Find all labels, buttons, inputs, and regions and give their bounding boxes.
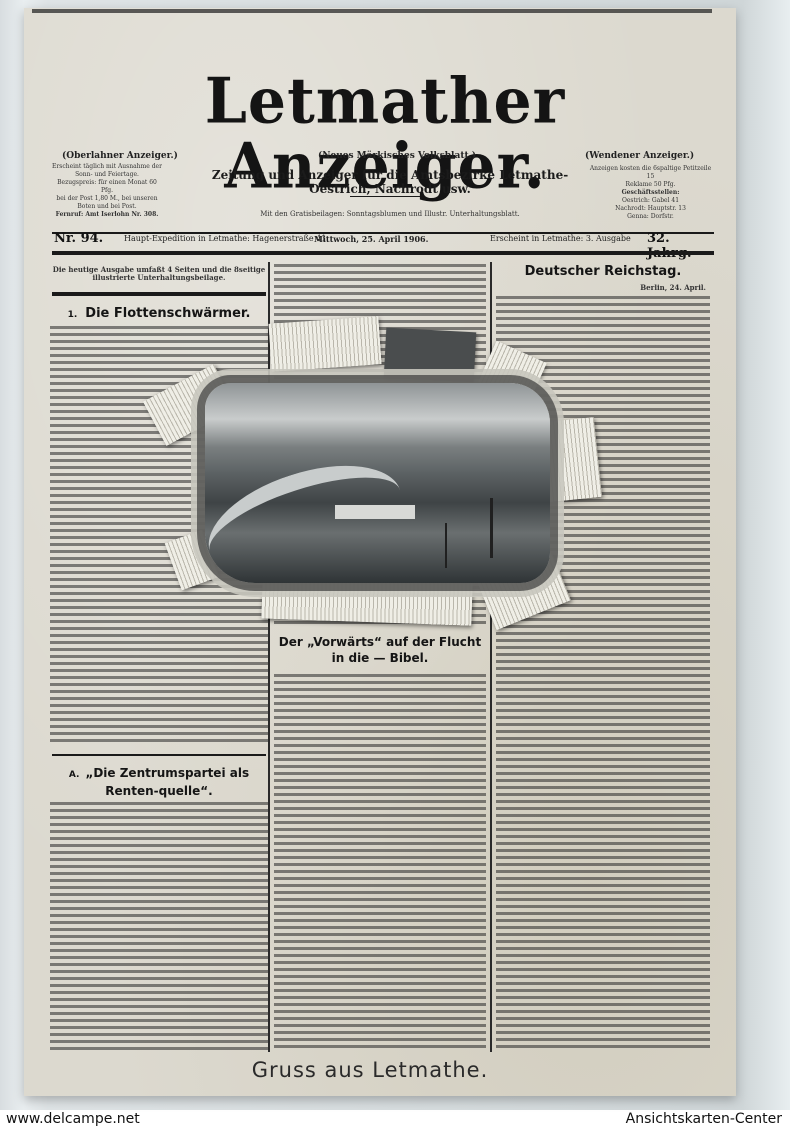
right-info-box: Anzeigen kosten die 6spaltige Petitzeile…: [588, 165, 713, 221]
seller-name: Ansichtskarten-Center: [626, 1111, 782, 1127]
factory-buildings: [335, 505, 415, 519]
article-headline: A.„Die Zentrumspartei als Renten-quelle“…: [50, 765, 268, 799]
article-body-text: [274, 674, 486, 1052]
torn-paper-flap: [261, 576, 472, 625]
left-info-line: Sonn- und Feiertage.: [52, 171, 162, 179]
edition-note: Erscheint in Letmathe: 3. Ausgabe: [490, 234, 631, 243]
chimney: [490, 498, 493, 558]
postcard-top-edge: [32, 9, 712, 13]
column-divider: [268, 262, 270, 1052]
article-body-text: [50, 802, 268, 1052]
article-number: A.: [69, 770, 80, 780]
right-info-line: Oestrich: Gabel 41: [588, 197, 713, 205]
column-1: Die heutige Ausgabe umfaßt 4 Seiten und …: [50, 262, 268, 1052]
left-subtitle: (Oberlahner Anzeiger.): [62, 151, 178, 161]
left-info-box: Erscheint täglich mit Ausnahme der Sonn-…: [52, 163, 162, 219]
article-headline: 1.Die Flottenschwärmer.: [50, 306, 268, 321]
article-number: 1.: [68, 310, 78, 320]
right-info-line: Anzeigen kosten die 6spaltige Petitzeile…: [588, 165, 713, 181]
right-subtitle: (Wendener Anzeiger.): [585, 151, 694, 161]
article-dateline: Berlin, 24. April.: [640, 284, 706, 292]
town-view-photo: [205, 383, 550, 583]
article-title: Die Flottenschwärmer.: [85, 306, 250, 321]
left-info-line: Bezugspreis: für einen Monat 60 Pfg.: [52, 179, 162, 195]
right-info-line: Nachrodt: Hauptstr. 13: [588, 205, 713, 213]
left-info-line: Boten und bei Post.: [52, 203, 162, 211]
left-info-line: Erscheint täglich mit Ausnahme der: [52, 163, 162, 171]
column-rule: [52, 292, 266, 296]
article-headline: Der „Vorwärts“ auf der Flucht in die — B…: [274, 634, 486, 666]
ornament-rule: [350, 196, 420, 197]
chimney: [445, 523, 447, 568]
center-subtitle: (Neues Märkisches Volksblatt.): [318, 151, 476, 161]
article-headline: Deutscher Reichstag.: [496, 264, 710, 279]
source-watermark: www.delcampe.net: [6, 1111, 140, 1127]
greeting-text: Gruss aus Letmathe.: [150, 1058, 590, 1082]
issue-date: Mittwoch, 25. April 1906.: [314, 234, 428, 244]
torn-paper-shadow: [384, 328, 476, 383]
header-rule-bottom: [52, 251, 714, 255]
torn-paper-flap: [268, 316, 381, 372]
right-info-line: Reklame 50 Pfg.: [588, 181, 713, 189]
year-volume: 32. Jahrg.: [647, 231, 712, 261]
left-info-line: Fernruf: Amt Iserlohn Nr. 308.: [52, 211, 162, 219]
left-info-line: bei der Post 1,80 M., bei unseren: [52, 195, 162, 203]
column-rule: [52, 754, 266, 756]
supplements-line: Mit den Gratisbeilagen: Sonntagsblumen u…: [230, 210, 550, 218]
issue-number: Nr. 94.: [54, 231, 103, 246]
issue-row: Nr. 94. Haupt-Expedition in Letmathe: Ha…: [52, 233, 712, 249]
article-title: „Die Zentrumspartei als Renten-quelle“.: [85, 766, 249, 798]
expedition-address: Haupt-Expedition in Letmathe: Hagenerstr…: [124, 234, 329, 243]
right-info-line: Genna: Dorfstr.: [588, 213, 713, 221]
notice-text: Die heutige Ausgabe umfaßt 4 Seiten und …: [50, 266, 268, 282]
newspaper-tagline: Zeitung und Anzeiger für die Amtsbezirke…: [205, 168, 575, 196]
right-info-line: Geschäftsstellen:: [588, 189, 713, 197]
